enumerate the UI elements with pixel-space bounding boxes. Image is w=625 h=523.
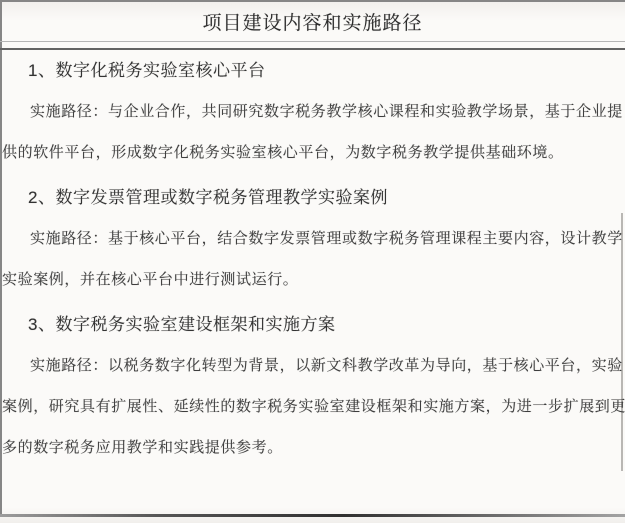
paragraph-text-line: 多的数字税务应用教学和实践提供参考。	[2, 427, 625, 468]
table-body-cell: 1、数字化税务实验室核心平台实施路径：与企业合作，共同研究数字税务教学核心课程和…	[2, 46, 625, 514]
numbered-heading-line: 1、数字化税务实验室核心平台	[2, 50, 625, 91]
paragraph-text-line: 案例，研究具有扩展性、延续性的数字税务实验室建设框架和实施方案，为进一步扩展到更	[2, 386, 625, 427]
table-bottom-border	[0, 514, 625, 517]
section-title: 项目建设内容和实施路径	[202, 8, 422, 35]
numbered-heading-line: 3、数字税务实验室建设框架和实施方案	[2, 304, 625, 345]
paragraph-text-line: 实验案例，并在核心平台中进行测试运行。	[2, 259, 625, 300]
header-separator-thin-line	[0, 41, 625, 42]
paragraph-text-line: 供的软件平台，形成数字化税务实验室核心平台，为数字税务教学提供基础环境。	[2, 132, 625, 173]
paragraph-text-line: 实施路径：基于核心平台，结合数字发票管理或数字税务管理课程主要内容，设计教学	[2, 218, 625, 259]
paragraph-text-line: 实施路径：以税务数字化转型为背景，以新文科教学改革为导向，基于核心平台，实验	[2, 345, 625, 386]
paragraph-text-line: 实施路径：与企业合作，共同研究数字税务教学核心课程和实验教学场景，基于企业提	[2, 91, 625, 132]
table-header-row: 项目建设内容和实施路径	[0, 2, 625, 41]
scanned-document-page: 项目建设内容和实施路径 1、数字化税务实验室核心平台实施路径：与企业合作，共同研…	[0, 0, 625, 523]
numbered-heading-line: 2、数字发票管理或数字税务管理教学实验案例	[2, 177, 625, 218]
